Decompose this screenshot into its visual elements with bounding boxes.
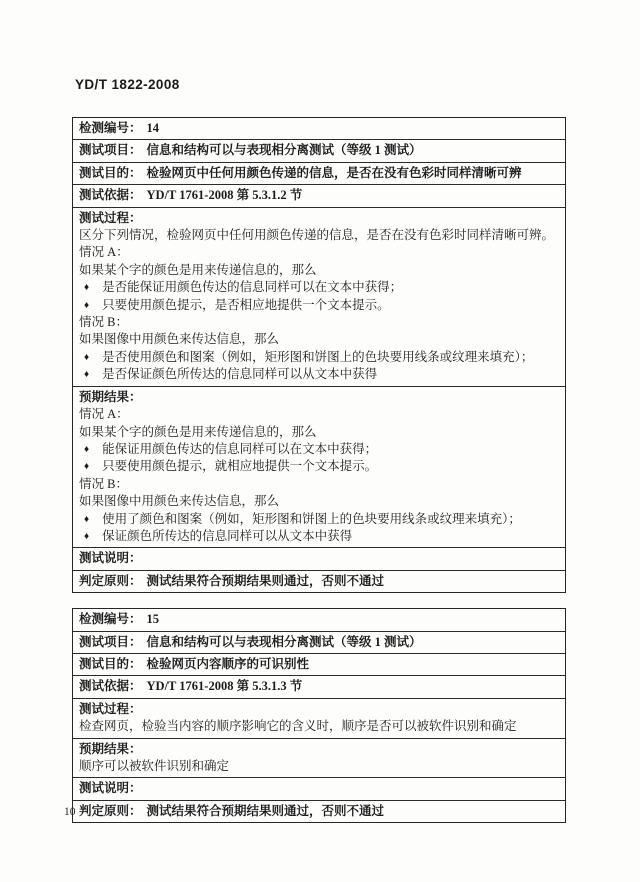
row-header-line: 测试过程： <box>79 210 559 227</box>
row-value: 14 <box>147 121 160 135</box>
row-label: 测试目的： <box>79 166 142 180</box>
content-line: 检查网页，检验当内容的顺序影响它的含义时，顺序是否可以被软件识别和确定 <box>79 718 559 735</box>
row-label: 判定原则： <box>79 574 142 588</box>
content-line: ♦是否保证颜色所传达的信息同样可以从文本中获得 <box>79 366 559 383</box>
row-header-line: 预期结果： <box>79 741 559 758</box>
diamond-bullet-icon: ♦ <box>84 349 89 366</box>
content-line: 如果某个字的颜色是用来传递信息的，那么 <box>79 424 559 441</box>
content-line: ♦是否使用颜色和图案（例如，矩形图和饼图上的色块要用线条或纹理来填充）； <box>79 349 559 366</box>
row-label: 预期结果： <box>79 742 142 756</box>
row-header-line: 测试项目：信息和结构可以与表现相分离测试（等级 1 测试） <box>79 634 559 651</box>
row-value: 测试结果符合预期结果则通过，否则不通过 <box>147 574 385 588</box>
table-row: 测试依据：YD/T 1761-2008 第 5.3.1.2 节 <box>73 185 565 207</box>
test-case-table-14: 检测编号：14测试项目：信息和结构可以与表现相分离测试（等级 1 测试）测试目的… <box>72 117 566 593</box>
table-row: 测试依据：YD/T 1761-2008 第 5.3.1.3 节 <box>73 676 565 698</box>
row-header-line: 测试说明： <box>79 780 559 797</box>
row-label: 判定原则： <box>79 804 142 818</box>
table-row: 测试说明： <box>73 548 565 570</box>
line-text: 是否使用颜色和图案（例如，矩形图和饼图上的色块要用线条或纹理来填充）； <box>102 350 533 364</box>
row-value: 15 <box>147 612 160 626</box>
line-text: 情况 B： <box>79 477 128 491</box>
content-line: 如果某个字的颜色是用来传递信息的，那么 <box>79 262 559 279</box>
row-value: 信息和结构可以与表现相分离测试（等级 1 测试） <box>147 143 422 157</box>
test-case-table-15: 检测编号：15测试项目：信息和结构可以与表现相分离测试（等级 1 测试）测试目的… <box>72 608 566 823</box>
table-row: 测试目的：检验网页中任何用颜色传递的信息，是否在没有色彩时同样清晰可辨 <box>73 163 565 185</box>
line-text: 只要使用颜色提示，是否相应地提供一个文本提示。 <box>102 298 390 312</box>
row-label: 测试说明： <box>79 781 142 795</box>
content-line: 情况 A： <box>79 244 559 261</box>
scanned-document-page: YD/T 1822-2008 检测编号：14测试项目：信息和结构可以与表现相分离… <box>0 0 640 882</box>
row-header-line: 测试说明： <box>79 550 559 567</box>
table-row: 判定原则：测试结果符合预期结果则通过，否则不通过 <box>73 571 565 592</box>
row-label: 测试依据： <box>79 188 142 202</box>
table-row: 预期结果：顺序可以被软件识别和确定 <box>73 739 565 779</box>
row-value: YD/T 1761-2008 第 5.3.1.3 节 <box>147 679 303 693</box>
line-text: 是否能保证用颜色传达的信息同样可以在文本中获得； <box>102 280 402 294</box>
table-row: 测试过程：区分下列情况，检验网页中任何用颜色传递的信息，是否在没有色彩时同样清晰… <box>73 208 565 387</box>
content-line: ♦保证颜色所传达的信息同样可以从文本中获得 <box>79 528 559 545</box>
content-line: 如果图像中用颜色来传达信息，那么 <box>79 331 559 348</box>
table-row: 判定原则：测试结果符合预期结果则通过，否则不通过 <box>73 801 565 822</box>
diamond-bullet-icon: ♦ <box>84 511 89 528</box>
line-text: 如果图像中用颜色来传达信息，那么 <box>79 494 279 508</box>
content-line: ♦是否能保证用颜色传达的信息同样可以在文本中获得； <box>79 279 559 296</box>
content-line: ♦只要使用颜色提示，就相应地提供一个文本提示。 <box>79 458 559 475</box>
content-line: 如果图像中用颜色来传达信息，那么 <box>79 493 559 510</box>
table-row: 测试目的：检验网页内容顺序的可识别性 <box>73 654 565 676</box>
line-text: 能保证用颜色传达的信息同样可以在文本中获得； <box>102 442 377 456</box>
table-row: 检测编号：14 <box>73 118 565 140</box>
line-text: 是否保证颜色所传达的信息同样可以从文本中获得 <box>102 367 377 381</box>
line-text: 情况 A： <box>79 245 129 259</box>
line-text: 如果某个字的颜色是用来传递信息的，那么 <box>79 425 317 439</box>
content-line: ♦使用了颜色和图案（例如，矩形图和饼图上的色块要用线条或纹理来填充）； <box>79 511 559 528</box>
line-text: 顺序可以被软件识别和确定 <box>79 759 229 773</box>
row-value: YD/T 1761-2008 第 5.3.1.2 节 <box>147 188 303 202</box>
row-label: 测试依据： <box>79 679 142 693</box>
diamond-bullet-icon: ♦ <box>84 366 89 383</box>
row-label: 预期结果： <box>79 390 142 404</box>
row-value: 检验网页中任何用颜色传递的信息，是否在没有色彩时同样清晰可辨 <box>147 166 522 180</box>
row-header-line: 测试项目：信息和结构可以与表现相分离测试（等级 1 测试） <box>79 142 559 159</box>
row-header-line: 测试依据：YD/T 1761-2008 第 5.3.1.2 节 <box>79 187 559 204</box>
row-header-line: 检测编号：15 <box>79 611 559 628</box>
content-line: 区分下列情况，检验网页中任何用颜色传递的信息，是否在没有色彩时同样清晰可辨。 <box>79 227 559 244</box>
line-text: 保证颜色所传达的信息同样可以从文本中获得 <box>102 529 352 543</box>
row-label: 测试项目： <box>79 143 142 157</box>
content-line: 顺序可以被软件识别和确定 <box>79 758 559 775</box>
row-header-line: 判定原则：测试结果符合预期结果则通过，否则不通过 <box>79 803 559 820</box>
table-row: 预期结果：情况 A：如果某个字的颜色是用来传递信息的，那么♦能保证用颜色传达的信… <box>73 387 565 549</box>
row-value: 检验网页内容顺序的可识别性 <box>147 657 310 671</box>
line-text: 使用了颜色和图案（例如，矩形图和饼图上的色块要用线条或纹理来填充）； <box>102 512 521 526</box>
content-line: 情况 A： <box>79 406 559 423</box>
row-value: 测试结果符合预期结果则通过，否则不通过 <box>147 804 385 818</box>
row-header-line: 测试目的：检验网页内容顺序的可识别性 <box>79 656 559 673</box>
table-row: 检测编号：15 <box>73 609 565 631</box>
table-row: 测试项目：信息和结构可以与表现相分离测试（等级 1 测试） <box>73 632 565 654</box>
line-text: 如果图像中用颜色来传达信息，那么 <box>79 332 279 346</box>
diamond-bullet-icon: ♦ <box>84 458 89 475</box>
page-number: 10 <box>64 806 76 818</box>
diamond-bullet-icon: ♦ <box>84 441 89 458</box>
row-header-line: 预期结果： <box>79 389 559 406</box>
table-row: 测试项目：信息和结构可以与表现相分离测试（等级 1 测试） <box>73 140 565 162</box>
line-text: 如果某个字的颜色是用来传递信息的，那么 <box>79 263 317 277</box>
row-label: 测试过程： <box>79 211 142 225</box>
standard-number-header: YD/T 1822-2008 <box>75 77 180 92</box>
line-text: 情况 B： <box>79 315 128 329</box>
content-line: 情况 B： <box>79 476 559 493</box>
row-label: 检测编号： <box>79 612 142 626</box>
content-line: 情况 B： <box>79 314 559 331</box>
line-text: 只要使用颜色提示，就相应地提供一个文本提示。 <box>102 459 377 473</box>
content-line: ♦能保证用颜色传达的信息同样可以在文本中获得； <box>79 441 559 458</box>
row-label: 测试说明： <box>79 551 142 565</box>
row-header-line: 测试目的：检验网页中任何用颜色传递的信息，是否在没有色彩时同样清晰可辨 <box>79 165 559 182</box>
row-value: 信息和结构可以与表现相分离测试（等级 1 测试） <box>147 635 422 649</box>
row-label: 检测编号： <box>79 121 142 135</box>
line-text: 检查网页，检验当内容的顺序影响它的含义时，顺序是否可以被软件识别和确定 <box>79 719 517 733</box>
row-header-line: 测试过程： <box>79 701 559 718</box>
table-row: 测试说明： <box>73 778 565 800</box>
diamond-bullet-icon: ♦ <box>84 279 89 296</box>
line-text: 情况 A： <box>79 407 129 421</box>
line-text: 区分下列情况，检验网页中任何用颜色传递的信息，是否在没有色彩时同样清晰可辨。 <box>79 228 554 242</box>
row-header-line: 测试依据：YD/T 1761-2008 第 5.3.1.3 节 <box>79 678 559 695</box>
diamond-bullet-icon: ♦ <box>84 297 89 314</box>
row-label: 测试目的： <box>79 657 142 671</box>
row-header-line: 检测编号：14 <box>79 120 559 137</box>
diamond-bullet-icon: ♦ <box>84 528 89 545</box>
row-label: 测试项目： <box>79 635 142 649</box>
tables-area: 检测编号：14测试项目：信息和结构可以与表现相分离测试（等级 1 测试）测试目的… <box>72 117 566 838</box>
table-row: 测试过程：检查网页，检验当内容的顺序影响它的含义时，顺序是否可以被软件识别和确定 <box>73 699 565 739</box>
content-line: ♦只要使用颜色提示，是否相应地提供一个文本提示。 <box>79 297 559 314</box>
row-label: 测试过程： <box>79 702 142 716</box>
row-header-line: 判定原则：测试结果符合预期结果则通过，否则不通过 <box>79 573 559 590</box>
